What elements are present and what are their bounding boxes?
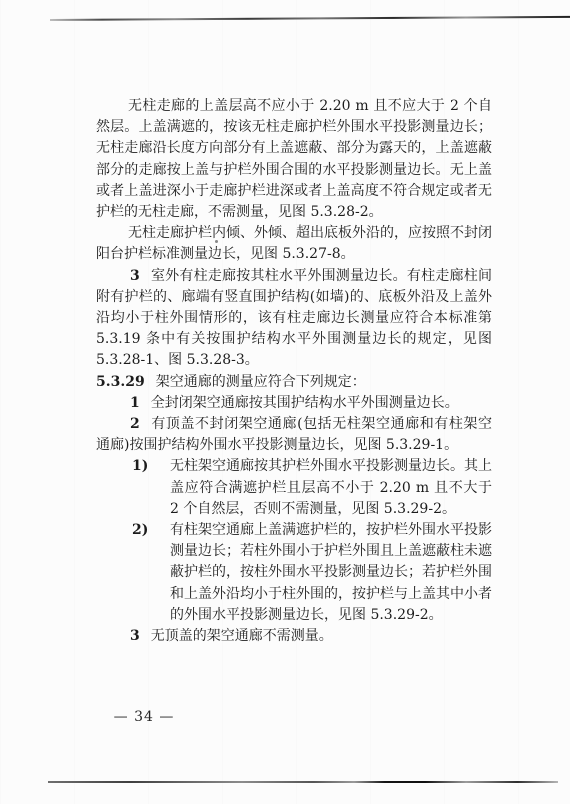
scan-artifact-line-top (50, 16, 570, 21)
item-number: 2 (130, 416, 140, 432)
item-number: 2) (151, 520, 170, 541)
paragraph-text: 无柱走廊的上盖层高不应小于 2.20 m 且不应大于 2 个自然层。上盖满遮的，… (96, 98, 492, 220)
paragraph-text: 无顶盖的架空通廊不需测量。 (151, 628, 333, 644)
paragraph: 无柱走廊护栏内倾、外倾、超出底板外沿的，应按照不封闭阳台护栏标准测量边长，见图 … (96, 223, 492, 265)
paragraph: 2有顶盖不封闭架空通廊(包括无柱架空通廊和有柱架空通廊)按围护结构外围水平投影测… (96, 414, 492, 456)
paragraph: 3无顶盖的架空通廊不需测量。 (96, 626, 492, 647)
page-body-text: 无柱走廊的上盖层高不应小于 2.20 m 且不应大于 2 个自然层。上盖满遮的，… (96, 96, 492, 647)
paragraph-text: 全封闭架空通廊按其围护结构水平外围测量边长。 (151, 395, 459, 411)
paragraph-text: 有柱架空通廊上盖满遮护栏的，按护栏外围水平投影测量边长；若柱外围小于护栏外围且上… (170, 522, 492, 623)
paragraph-text: 室外有柱走廊按其柱水平外围测量边长。有柱走廊柱间附有护栏的、廊端有竖直围护结构(… (96, 268, 492, 369)
paragraph: 2)有柱架空通廊上盖满遮护栏的，按护栏外围水平投影测量边长；若柱外围小于护栏外围… (170, 520, 492, 626)
paragraph-text: 无柱走廊护栏内倾、外倾、超出底板外沿的，应按照不封闭阳台护栏标准测量边长，见图 … (96, 225, 492, 262)
paragraph: 无柱走廊的上盖层高不应小于 2.20 m 且不应大于 2 个自然层。上盖满遮的，… (96, 96, 492, 223)
clause-heading: 5.3.29架空通廊的测量应符合下列规定： (96, 372, 492, 393)
paragraph: 1)无柱架空通廊按其护栏外围水平投影测量边长。其上盖应符合满遮护栏且层高不小于 … (170, 456, 492, 520)
item-number: 3 (130, 628, 140, 644)
item-number: 1 (130, 395, 140, 411)
item-number: 1) (151, 456, 170, 477)
clause-number: 5.3.29 (96, 374, 145, 390)
scan-artifact-line-bottom (48, 781, 558, 783)
paragraph-text: 有顶盖不封闭架空通廊(包括无柱架空通廊和有柱架空通廊)按围护结构外围水平投影测量… (96, 416, 492, 453)
scanned-document-page: 无柱走廊的上盖层高不应小于 2.20 m 且不应大于 2 个自然层。上盖满遮的，… (0, 0, 570, 804)
page-number: — 34 — (108, 709, 180, 725)
paragraph-text: 无柱架空通廊按其护栏外围水平投影测量边长。其上盖应符合满遮护栏且层高不小于 2.… (170, 458, 492, 516)
item-number: 3 (130, 268, 140, 284)
paragraph: 1全封闭架空通廊按其围护结构水平外围测量边长。 (96, 393, 492, 414)
paragraph: 3室外有柱走廊按其柱水平外围测量边长。有柱走廊柱间附有护栏的、廊端有竖直围护结构… (96, 266, 492, 372)
paragraph-text: 架空通廊的测量应符合下列规定： (156, 374, 366, 390)
